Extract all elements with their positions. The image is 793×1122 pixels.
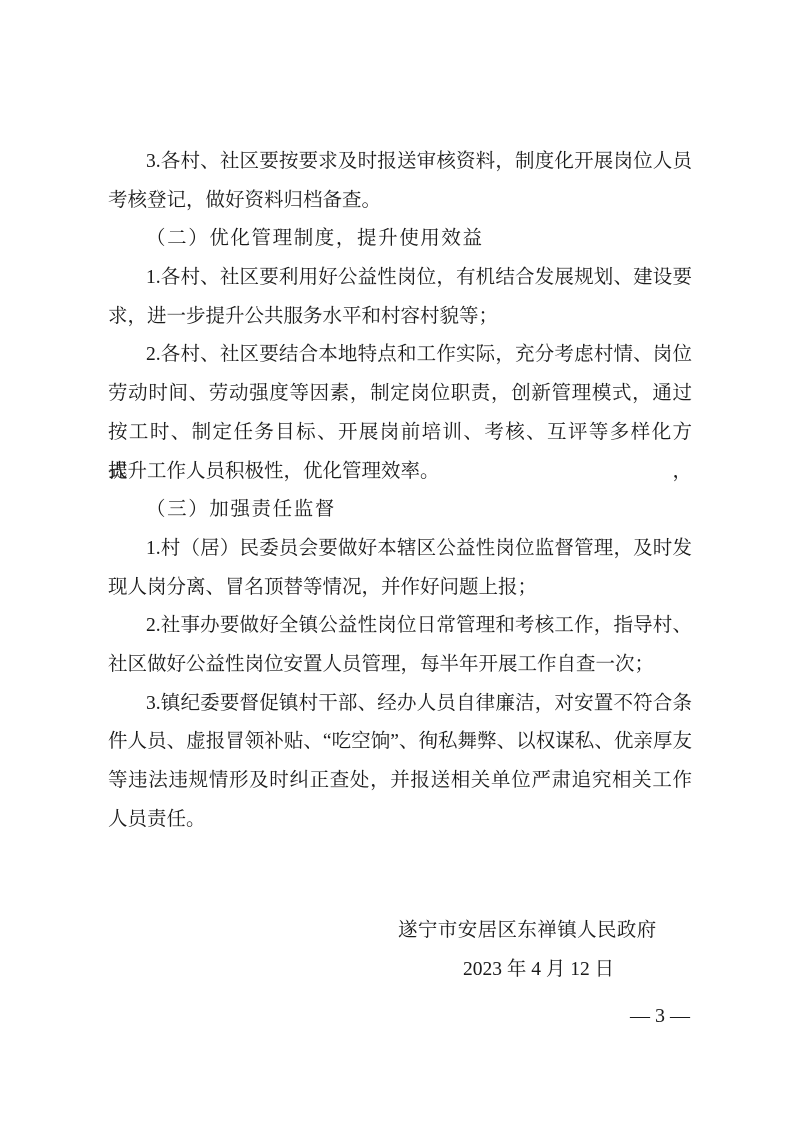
paragraph-line: 2.社事办要做好全镇公益性岗位日常管理和考核工作，指导村、 (108, 607, 692, 646)
paragraph-line: 件人员、虚报冒领补贴、“吃空饷”、徇私舞弊、以权谋私、优亲厚友 (108, 723, 692, 762)
paragraph-section3-item1: 1.村（居）民委员会要做好本辖区公益性岗位监督管理，及时发 现人岗分离、冒名顶替… (108, 530, 692, 607)
paragraph-line: 社区做好公益性岗位安置人员管理，每半年开展工作自查一次； (108, 646, 692, 685)
document-body: 3.各村、社区要按要求及时报送审核资料，制度化开展岗位人员 考核登记，做好资料归… (108, 143, 692, 839)
paragraph-section2-item2: 2.各村、社区要结合本地特点和工作实际，充分考虑村情、岗位 劳动时间、劳动强度等… (108, 336, 692, 491)
paragraph-section3-item2: 2.社事办要做好全镇公益性岗位日常管理和考核工作，指导村、 社区做好公益性岗位安… (108, 607, 692, 684)
section-heading-2: （二）优化管理制度，提升使用效益 (108, 220, 692, 259)
paragraph-line: 2.各村、社区要结合本地特点和工作实际，充分考虑村情、岗位 (108, 336, 692, 375)
paragraph-section2-item1: 1.各村、社区要利用好公益性岗位，有机结合发展规划、建设要 求，进一步提升公共服… (108, 259, 692, 336)
paragraph-line: 3.镇纪委要督促镇村干部、经办人员自律廉洁，对安置不符合条 (108, 685, 692, 724)
paragraph-line: 求，进一步提升公共服务水平和村容村貌等； (108, 298, 692, 337)
signature-organization: 遂宁市安居区东禅镇人民政府 (398, 912, 657, 951)
document-page: 3.各村、社区要按要求及时报送审核资料，制度化开展岗位人员 考核登记，做好资料归… (0, 0, 793, 1122)
paragraph-line: 现人岗分离、冒名顶替等情况，并作好问题上报； (108, 569, 692, 608)
paragraph-line: 按工时、制定任务目标、开展岗前培训、考核、互评等多样化方式， (108, 414, 692, 453)
signature-date: 2023 年 4 月 12 日 (463, 951, 614, 990)
paragraph-section3-item3: 3.镇纪委要督促镇村干部、经办人员自律廉洁，对安置不符合条 件人员、虚报冒领补贴… (108, 685, 692, 840)
paragraph-line: 考核登记，做好资料归档备查。 (108, 182, 692, 221)
paragraph-line: 等违法违规情形及时纠正查处，并报送相关单位严肃追究相关工作 (108, 762, 692, 801)
paragraph-line: 3.各村、社区要按要求及时报送审核资料，制度化开展岗位人员 (108, 143, 692, 182)
paragraph-section1-item3: 3.各村、社区要按要求及时报送审核资料，制度化开展岗位人员 考核登记，做好资料归… (108, 143, 692, 220)
paragraph-line: 劳动时间、劳动强度等因素，制定岗位职责，创新管理模式，通过 (108, 375, 692, 414)
paragraph-line: 1.各村、社区要利用好公益性岗位，有机结合发展规划、建设要 (108, 259, 692, 298)
page-number: — 3 — (630, 997, 690, 1036)
paragraph-line: 人员责任。 (108, 801, 692, 840)
section-heading-3: （三）加强责任监督 (108, 491, 692, 530)
paragraph-line: 1.村（居）民委员会要做好本辖区公益性岗位监督管理，及时发 (108, 530, 692, 569)
